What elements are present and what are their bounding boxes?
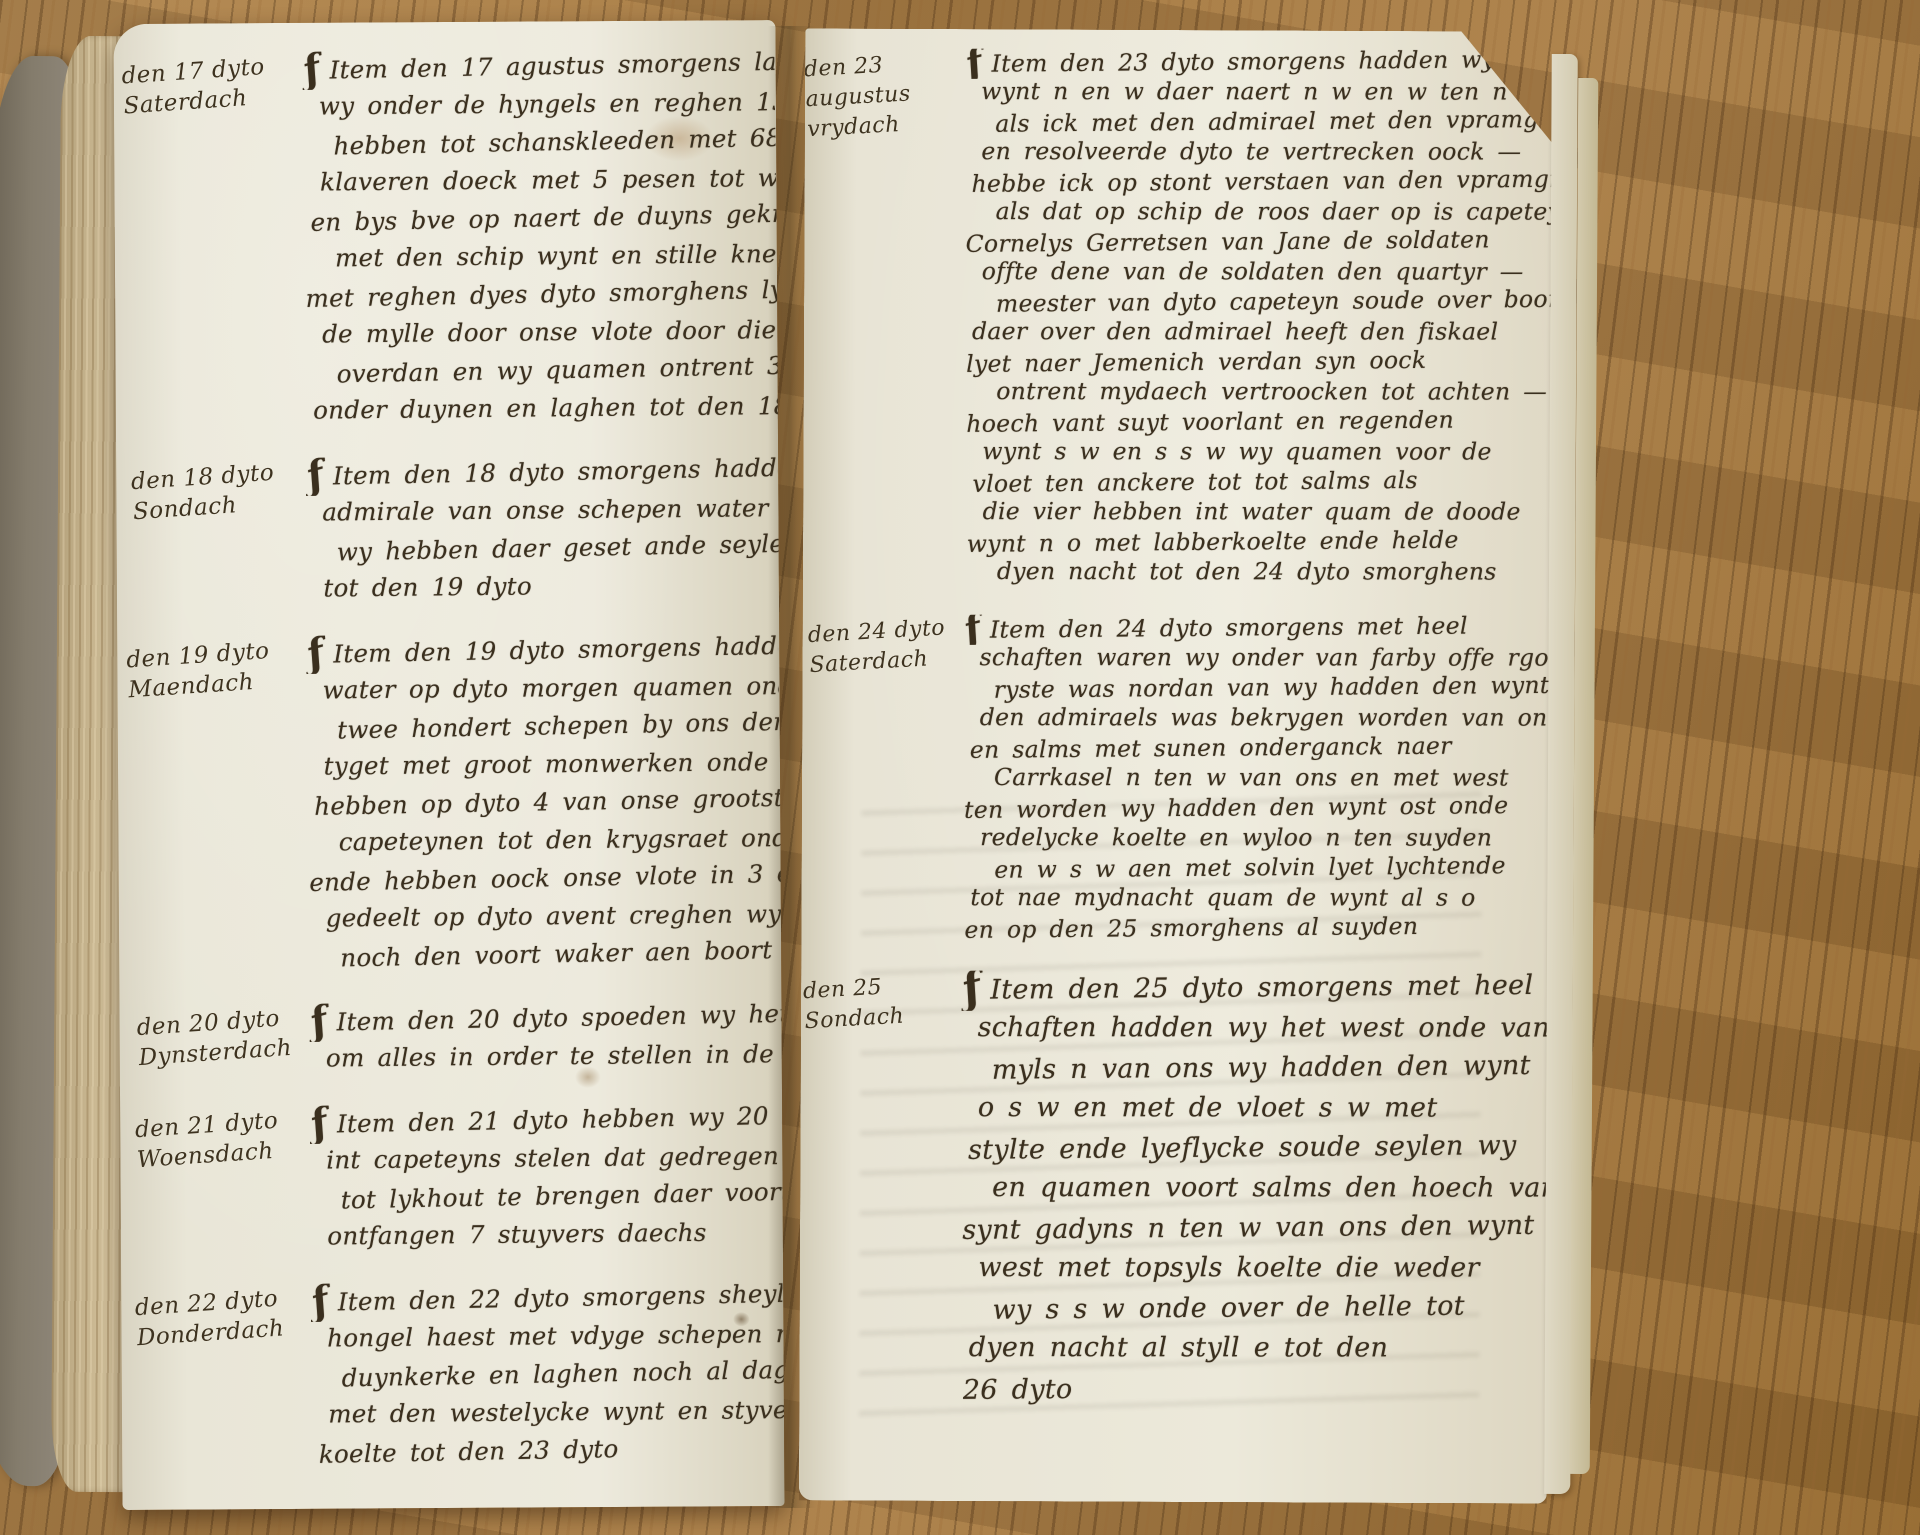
manuscript-line: onder duynen en laghen tot den 18 dyto [313, 387, 779, 429]
manuscript-line: redelycke koelte en wyloo n ten suyden [980, 822, 1550, 852]
journal-entry: den 18 dyto Sondach ƒItem den 18 dyto sm… [134, 452, 779, 608]
manuscript-line: offte dene van de soldaten den quartyr — [982, 256, 1552, 286]
journal-entry: den 22 dyto Donderdach ƒItem den 22 dyto… [139, 1278, 784, 1472]
manuscript-line: duynkerke en laghen noch al dagelyck [341, 1351, 784, 1397]
manuscript-line: hoech vant suyt voorlant en regenden [966, 404, 1552, 439]
margin-date-note: den 17 dyto Saterdach [120, 44, 317, 435]
entry-text: ƒItem den 20 dyto spoeden wy het raetom … [309, 996, 782, 1079]
manuscript-line: de mylle door onse vlote door die [322, 311, 778, 353]
manuscript-line: tyget met groot monwerken onde [324, 743, 780, 785]
manuscript-line: wynt n o met labberkoelte ende helde [967, 524, 1553, 559]
manuscript-line: en op den 25 smorghens al suyden [964, 910, 1550, 945]
manuscript-line: west met topsyls koelte die weder [978, 1248, 1548, 1288]
manuscript-line: o s w en met de vloet s w met [978, 1088, 1548, 1128]
manuscript-line: den admiraels was bekrygen worden van on [980, 702, 1550, 732]
manuscript-line: myls n van ons wy hadden den wynt [992, 1046, 1548, 1091]
journal-entry: den 21 dyto Woensdach ƒItem den 21 dyto … [138, 1100, 783, 1256]
item-mark: ƒ [963, 986, 981, 991]
manuscript-line: en w s w aen met solvin lyet lychtende [994, 850, 1550, 885]
margin-date-note: den 25 Sondach [802, 963, 975, 1411]
journal-entry: den 19 dyto Maendach ƒItem den 19 dyto s… [135, 630, 781, 976]
margin-date-note: den 22 dyto Donderdach [134, 1276, 318, 1477]
manuscript-line: ryste was nordan van wy hadden den wynt [994, 670, 1550, 705]
manuscript-line: en quamen voort salms den hoech van [992, 1168, 1548, 1208]
manuscript-book: den 17 dyto Saterdach ƒItem den 17 agust… [0, 0, 1660, 1535]
photo-scene: den 17 dyto Saterdach ƒItem den 17 agust… [0, 0, 1920, 1535]
manuscript-line: ten worden wy hadden den wynt ost onde [964, 790, 1550, 825]
manuscript-line: hebbe ick op stont verstaen van den vpra… [971, 164, 1551, 199]
entry-text: ƒItem den 21 dyto hebben wy 20 soldateni… [309, 1098, 783, 1257]
manuscript-line: 26 dyto [963, 1366, 1549, 1411]
manuscript-line: water op dyto morgen quamen onder [322, 667, 778, 709]
manuscript-line: ontfangen 7 stuyvers daechs [327, 1213, 783, 1255]
manuscript-line: schaften hadden wy het west onde van [978, 1008, 1548, 1048]
manuscript-line: tot nae mydnacht quam de wynt al s o [970, 882, 1550, 913]
manuscript-line: daer over den admirael heeft den fiskael [972, 316, 1552, 347]
manuscript-line: stylte ende lyeflycke soude seylen wy [968, 1126, 1548, 1171]
manuscript-line: met den schip wynt en stille knechte [335, 235, 777, 277]
manuscript-line: dyen nacht tot den 24 dyto smorghens [997, 556, 1553, 586]
item-mark: ƒ [312, 1299, 329, 1303]
entry-text: ƒItem den 24 dyto smorgens met heelschaf… [963, 611, 1550, 943]
item-mark: ƒ [307, 651, 324, 655]
manuscript-line: int capeteyns stelen dat gedregen om [326, 1137, 782, 1179]
journal-entry: den 17 dyto Saterdach ƒItem den 17 agust… [132, 46, 778, 430]
manuscript-line: en resolveerde dyto te vertrecken oock — [981, 136, 1551, 166]
margin-weekday: augustus vrydach [805, 77, 956, 145]
manuscript-line: om alles in order te stellen in de vlote [326, 1035, 782, 1077]
entry-text: ƒItem den 22 dyto smorgens sheylde denho… [310, 1276, 784, 1473]
left-page: den 17 dyto Saterdach ƒItem den 17 agust… [113, 20, 784, 1510]
manuscript-line: tot den 19 dyto [323, 565, 779, 607]
entry-text: ƒItem den 23 dyto smorgens hadden wy den… [965, 45, 1553, 587]
manuscript-line: noch den voort waker aen boort [340, 931, 783, 977]
manuscript-line: hebben tot schanskleeden met 68 kle [333, 119, 776, 165]
manuscript-line: synt gadyns n ten w van ons den wynt [962, 1206, 1548, 1251]
manuscript-line: ontrent mydaech vertroocken tot achten — [996, 376, 1552, 406]
manuscript-line: koelte tot den 23 dyto [318, 1427, 784, 1474]
entry-text: ƒItem den 17 agustus smorgens lagenwy on… [302, 44, 779, 431]
manuscript-line: wy hebben daer geset ande seylen [337, 525, 780, 571]
manuscript-line: capeteynen tot den krygsraet onde [339, 819, 781, 861]
manuscript-line: dyen nacht al styll e tot den [969, 1328, 1549, 1369]
manuscript-line: wynt s w en s s w wy quamen voor de [982, 436, 1552, 466]
journal-entry: den 20 dyto Dynsterdach ƒItem den 20 dyt… [137, 998, 781, 1078]
entry-text: ƒItem den 19 dyto smorgens hadden wywate… [306, 628, 783, 977]
manuscript-line: als ick met den admirael met den vpramgr… [995, 104, 1551, 139]
manuscript-line: hongel haest met vdyge schepen naert [327, 1315, 783, 1357]
manuscript-line: ƒItem den 23 dyto smorgens hadden wy den [965, 44, 1551, 79]
entry-text: ƒItem den 25 dyto smorgens met heelschaf… [961, 967, 1549, 1409]
item-mark: ƒ [311, 1019, 328, 1023]
manuscript-line: twee hondert schepen by ons den [337, 703, 780, 749]
manuscript-line: wy s s w onde over de helle tot [992, 1286, 1548, 1331]
manuscript-line: admirale van onse schepen water onder [322, 489, 778, 531]
manuscript-line: vloet ten anckere tot tot salms als [972, 464, 1552, 499]
manuscript-line: meester van dyto capeteyn soude over boo… [996, 284, 1552, 319]
item-mark: ƒ [965, 627, 981, 631]
item-mark: ƒ [966, 61, 982, 65]
manuscript-line: ƒItem den 25 dyto smorgens met heel [961, 966, 1547, 1011]
manuscript-line: wynt n en w daer naert n w en w ten n [981, 76, 1551, 106]
margin-date-note: den 23 augustus vrydach [803, 41, 981, 589]
margin-date-note: den 21 dyto Woensdach [134, 1098, 316, 1261]
manuscript-line: Carrkasel n ten w van ons en met west [994, 762, 1550, 792]
manuscript-line: ƒItem den 24 dyto smorgens met heel [963, 610, 1549, 645]
manuscript-line: met den westelycke wynt en styve [328, 1391, 784, 1433]
manuscript-line: wy onder de hyngels en reghen 135 v [319, 83, 775, 125]
margin-date-note: den 20 dyto Dynsterdach [135, 996, 312, 1083]
journal-entry: den 23 augustus vrydach ƒItem den 23 dyt… [817, 44, 1553, 587]
margin-date-note: den 18 dyto Sondach [130, 450, 312, 613]
item-mark: ƒ [307, 473, 324, 477]
margin-date-note: den 24 dyto Saterdach [807, 607, 973, 945]
manuscript-line: lyet naer Jemenich verdan syn oock [966, 344, 1552, 379]
manuscript-line: gedeelt op dyto avent creghen wy [326, 895, 782, 937]
item-mark: ƒ [304, 67, 321, 71]
manuscript-line: schaften waren wy onder van farby offe r… [980, 642, 1550, 672]
manuscript-line: Cornelys Gerretsen van Jane de soldaten [966, 224, 1552, 259]
manuscript-line: en salms met sunen onderganck naer [970, 730, 1550, 765]
manuscript-line: als dat op schip de roos daer op is cape… [996, 196, 1552, 226]
entry-text: ƒItem den 18 dyto smorgens hadde deadmir… [306, 450, 780, 609]
journal-entry: den 24 dyto Saterdach ƒItem den 24 dyto … [815, 610, 1550, 943]
manuscript-line: klaveren doeck met 5 pesen tot wepen [320, 159, 776, 201]
manuscript-line: overdan en wy quamen ontrent 3 bo [336, 347, 779, 393]
manuscript-line: tot lykhout te brengen daer voort te [340, 1173, 783, 1219]
right-page: den 23 augustus vrydach ƒItem den 23 dyt… [799, 28, 1553, 1503]
margin-date-note: den 19 dyto Maendach [125, 628, 320, 981]
manuscript-line: die vier hebben int water quam de doode [983, 496, 1553, 526]
journal-entry: den 25 Sondach ƒItem den 25 dyto smorgen… [813, 966, 1549, 1409]
item-mark: ƒ [311, 1121, 328, 1125]
